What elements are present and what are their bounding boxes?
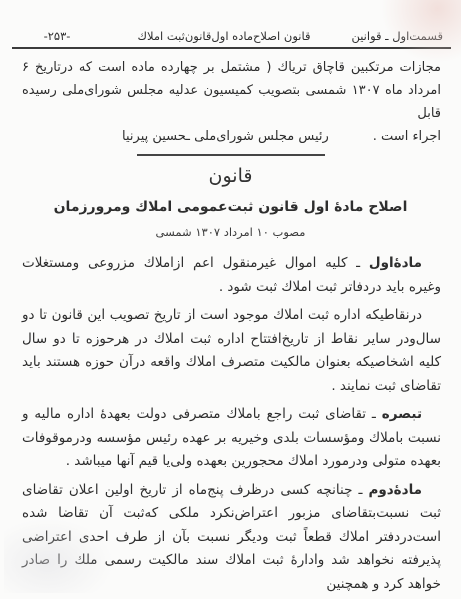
law-subtitle: اصلاح مادهٔ اول قانون ثبت‌عمومی املاك وم… [0, 199, 461, 215]
chamber-president-signature: رئیس مجلس شورای‌ملی ـحسین پیرنیا [122, 125, 329, 148]
intro-ending-text: اجراء است . [373, 125, 441, 148]
article-2-text: ـ چنانچه کسی درظرف پنج‌ماه از تاریخ اولی… [22, 482, 441, 592]
intro-body-text: مجازات مرتکبین قاچاق تریاك ( مشتمل بر چه… [22, 60, 441, 121]
header-rule [12, 47, 451, 49]
document-page: قسمت‌اول ـ قوانین قانون اصلاح‌ماده اول‌ق… [0, 0, 461, 599]
approval-date: مصوب ۱۰ امرداد ۱۳۰۷ شمسی [0, 225, 461, 239]
article-1-continuation-paragraph: درنقاطیکه اداره ثبت املاك موجود است از ت… [22, 304, 441, 398]
page-header: قسمت‌اول ـ قوانین قانون اصلاح‌ماده اول‌ق… [0, 0, 461, 43]
intro-last-line: اجراء است . رئیس مجلس شورای‌ملی ـحسین پی… [22, 125, 441, 148]
running-title: قانون اصلاح‌ماده اول‌قانون‌ثبت املاك [100, 29, 348, 43]
article-2-label: مادهٔ‌دوم [368, 482, 422, 498]
note-label: تبصره [382, 406, 422, 422]
intro-paragraph: مجازات مرتکبین قاچاق تریاك ( مشتمل بر چه… [22, 56, 441, 125]
law-body: مادهٔ‌اول ـ کلیه اموال غیرمنقول اعم ازام… [22, 252, 441, 596]
section-label: قسمت‌اول ـ قوانین [348, 29, 443, 43]
article-1-continuation-text: درنقاطیکه اداره ثبت املاك موجود است از ت… [22, 307, 441, 394]
law-heading: قانون [0, 165, 461, 187]
article-2-paragraph: مادهٔ‌دوم ـ چنانچه کسی درظرف پنج‌ماه از … [22, 479, 441, 597]
note-paragraph: تبصره ـ تقاضای ثبت راجع باملاك متصرفی دو… [22, 403, 441, 474]
note-text: ـ تقاضای ثبت راجع باملاك متصرفی دولت بعه… [22, 406, 441, 469]
page-number: -۲۵۳- [14, 29, 100, 43]
article-1-label: مادهٔ‌اول [369, 255, 422, 271]
section-divider [137, 154, 325, 156]
article-1-paragraph: مادهٔ‌اول ـ کلیه اموال غیرمنقول اعم ازام… [22, 252, 441, 299]
